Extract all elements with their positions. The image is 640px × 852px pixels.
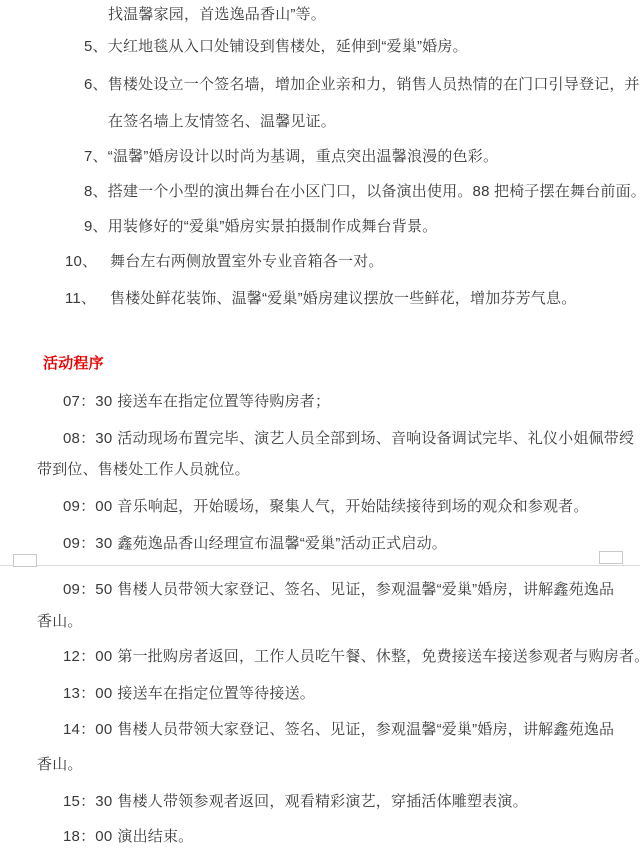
schedule-line-1530: 15：30售楼人带领参观者返回，观看精彩演艺，穿插活体雕塑表演。 xyxy=(63,792,528,812)
schedule-line-0950: 09：50售楼人员带领大家登记、签名、见证，参观温馨“爱巢”婚房，讲解鑫苑逸品 xyxy=(63,580,614,600)
list-item-number: 11、 xyxy=(65,289,110,309)
schedule-time: 18：00 xyxy=(63,828,112,845)
schedule-time: 13：00 xyxy=(63,685,112,702)
schedule-text: 鑫苑逸品香山经理宣布温馨“爱巢”活动正式启动。 xyxy=(117,535,447,552)
list-item-number: 10、 xyxy=(65,252,110,272)
schedule-line-1200: 12：00第一批购房者返回，工作人员吃午餐、休整，免费接送车接送参观者与购房者。 xyxy=(63,647,640,667)
list-item-text: “温馨”婚房设计以时尚为基调，重点突出温馨浪漫的色彩。 xyxy=(108,148,498,165)
schedule-text: 音乐响起，开始暖场，聚集人气，开始陆续接待到场的观众和参观者。 xyxy=(117,498,588,515)
schedule-time: 09：30 xyxy=(63,535,112,552)
schedule-line-1300: 13：00接送车在指定位置等待接送。 xyxy=(63,684,315,704)
list-item-text: 舞台左右两侧放置室外专业音箱各一对。 xyxy=(110,253,384,270)
list-item-11: 11、售楼处鲜花装饰、温馨“爱巢”婚房建议摆放一些鲜花，增加芬芳气息。 xyxy=(65,289,576,309)
list-item-number: 5、 xyxy=(84,38,108,55)
schedule-line-1400-continuation: 香山。 xyxy=(37,755,83,775)
section-heading: 活动程序 xyxy=(43,354,104,374)
schedule-time: 07：30 xyxy=(63,393,112,410)
list-item-number: 8、 xyxy=(84,183,108,200)
list-item-9: 9、用装修好的“爱巢”婚房实景拍摄制作成舞台背景。 xyxy=(84,217,437,237)
list-item-text: 搭建一个小型的演出舞台在小区门口，以备演出使用。88 把椅子摆在舞台前面。 xyxy=(108,183,640,200)
schedule-line-0950-continuation: 香山。 xyxy=(37,612,83,632)
schedule-text: 演出结束。 xyxy=(117,828,193,845)
schedule-line-0900: 09：00音乐响起，开始暖场，聚集人气，开始陆续接待到场的观众和参观者。 xyxy=(63,497,589,517)
list-item-10: 10、舞台左右两侧放置室外专业音箱各一对。 xyxy=(65,252,384,272)
list-item-number: 9、 xyxy=(84,218,108,235)
list-item-text: 用装修好的“爱巢”婚房实景拍摄制作成舞台背景。 xyxy=(108,218,438,235)
list-item-text: 大红地毯从入口处铺设到售楼处，延伸到“爱巢”婚房。 xyxy=(108,38,468,55)
page-boundary-mark-right xyxy=(599,551,623,564)
list-item-number: 6、 xyxy=(84,76,108,93)
list-item-text: 售楼处设立一个签名墙，增加企业亲和力，销售人员热情的在门口引导登记，并 xyxy=(108,76,640,93)
schedule-time: 09：50 xyxy=(63,581,112,598)
page-boundary-mark-left xyxy=(13,554,37,567)
list-item-6-continuation: 在签名墙上友情签名、温馨见证。 xyxy=(108,112,336,132)
page-break-line xyxy=(0,565,640,566)
list-item-number: 7、 xyxy=(84,148,108,165)
schedule-text: 接送车在指定位置等待接送。 xyxy=(117,685,315,702)
schedule-line-0830-continuation: 带到位、售楼处工作人员就位。 xyxy=(37,460,250,480)
list-item-5: 5、大红地毯从入口处铺设到售楼处，延伸到“爱巢”婚房。 xyxy=(84,37,468,57)
schedule-line-1800: 18：00演出结束。 xyxy=(63,827,193,847)
schedule-time: 14：00 xyxy=(63,721,112,738)
schedule-text: 售楼人员带领大家登记、签名、见证，参观温馨“爱巢”婚房，讲解鑫苑逸品 xyxy=(117,721,614,738)
schedule-text: 接送车在指定位置等待购房者； xyxy=(117,393,330,410)
schedule-text: 售楼人员带领大家登记、签名、见证，参观温馨“爱巢”婚房，讲解鑫苑逸品 xyxy=(117,581,614,598)
schedule-time: 08：30 xyxy=(63,430,112,447)
schedule-time: 09：00 xyxy=(63,498,112,515)
intro-continuation-line: 找温馨家园，首选逸品香山”等。 xyxy=(108,5,326,25)
schedule-time: 12：00 xyxy=(63,648,112,665)
schedule-text: 第一批购房者返回，工作人员吃午餐、休整，免费接送车接送参观者与购房者。 xyxy=(117,648,640,665)
schedule-text: 售楼人带领参观者返回，观看精彩演艺，穿插活体雕塑表演。 xyxy=(117,793,527,810)
schedule-text: 活动现场布置完毕、演艺人员全部到场、音响设备调试完毕、礼仪小姐佩带绶 xyxy=(117,430,634,447)
schedule-line-0830: 08：30活动现场布置完毕、演艺人员全部到场、音响设备调试完毕、礼仪小姐佩带绶 xyxy=(63,429,634,449)
list-item-7: 7、“温馨”婚房设计以时尚为基调，重点突出温馨浪漫的色彩。 xyxy=(84,147,498,167)
list-item-8: 8、搭建一个小型的演出舞台在小区门口，以备演出使用。88 把椅子摆在舞台前面。 xyxy=(84,182,640,202)
list-item-6: 6、售楼处设立一个签名墙，增加企业亲和力，销售人员热情的在门口引导登记，并 xyxy=(84,75,640,95)
list-item-text: 售楼处鲜花装饰、温馨“爱巢”婚房建议摆放一些鲜花，增加芬芳气息。 xyxy=(110,290,576,307)
schedule-line-0930: 09：30鑫苑逸品香山经理宣布温馨“爱巢”活动正式启动。 xyxy=(63,534,447,554)
schedule-line-0730: 07：30接送车在指定位置等待购房者； xyxy=(63,392,330,412)
document-page: 找温馨家园，首选逸品香山”等。 5、大红地毯从入口处铺设到售楼处，延伸到“爱巢”… xyxy=(0,0,640,852)
schedule-time: 15：30 xyxy=(63,793,112,810)
schedule-line-1400: 14：00售楼人员带领大家登记、签名、见证，参观温馨“爱巢”婚房，讲解鑫苑逸品 xyxy=(63,720,614,740)
